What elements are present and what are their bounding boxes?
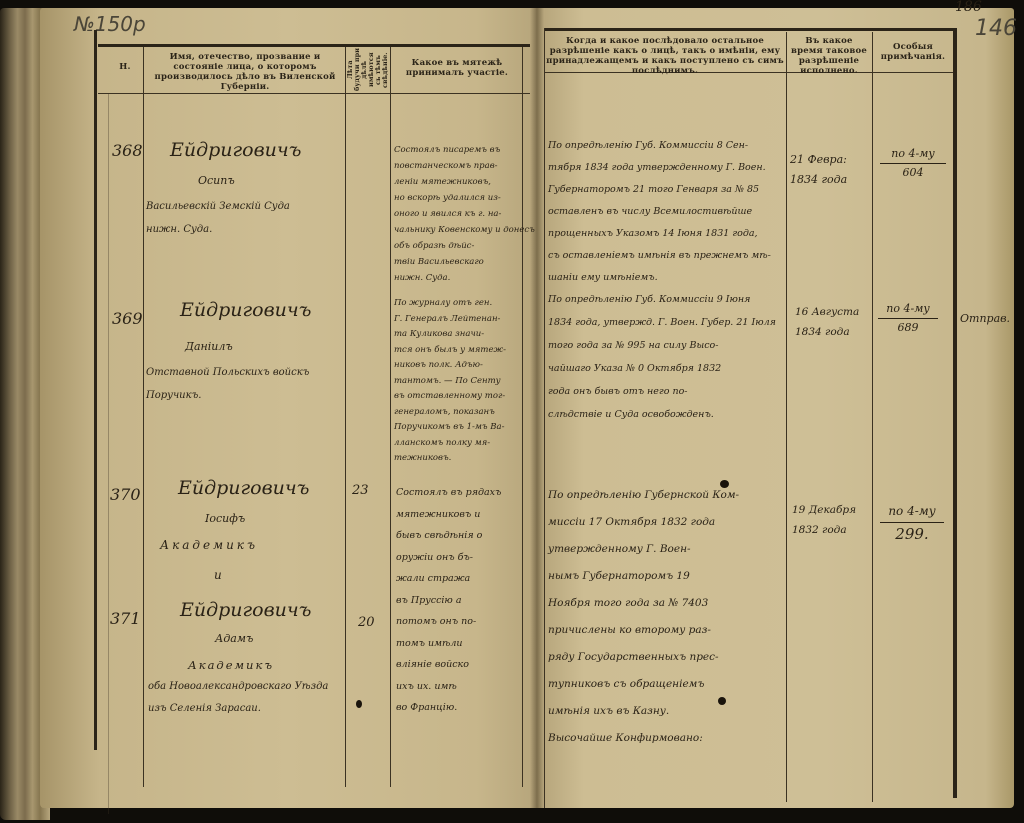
left-page-number-pencil: №150р: [74, 12, 146, 36]
status-line: Академикъ: [160, 530, 258, 560]
resolution-line: года онъ бывъ отъ него по-: [548, 380, 776, 403]
executed-line: 1834 года: [795, 322, 859, 342]
participation-line: повстанческомъ прав-: [394, 158, 535, 174]
participation-line: тся онъ былъ у мятеж-: [394, 343, 506, 359]
executed-line: 19 Декабря: [792, 500, 856, 520]
resolution-line: миссіи 17 Октября 1832 года: [548, 509, 739, 536]
entry-case-ref: по 4-му 689: [878, 300, 938, 337]
left-header-top-rule: [98, 44, 530, 47]
resolution-line: Высочайше Конфирмовано:: [548, 725, 739, 752]
entry-executed: 16 Августа 1834 года: [795, 302, 859, 342]
resolution-line: тября 1834 года утвержденному Г. Воен.: [548, 157, 771, 179]
status-line: и: [160, 560, 258, 590]
entry-resolution: По опредѣленію Губ. Коммиссіи 9 Іюня 183…: [548, 288, 776, 426]
resolution-line: шаніи ему имѣніемъ.: [548, 267, 771, 289]
resolution-line: слѣдствіе и Суда освобожденъ.: [548, 403, 776, 426]
executed-line: 1832 года: [792, 520, 856, 540]
resolution-line: По опредѣленію Губернской Ком-: [548, 482, 739, 509]
col-rule-resolution: [786, 32, 787, 802]
participation-line: Состоялъ въ рядахъ: [396, 482, 501, 504]
participation-line: По журналу отъ ген.: [394, 296, 506, 312]
entry-resolution: По опредѣленію Губ. Коммиссіи 8 Сен- тяб…: [548, 135, 771, 289]
participation-line: бывъ свѣдѣнія о: [396, 525, 501, 547]
col-rule-name: [345, 47, 346, 787]
executed-line: 1834 года: [790, 170, 847, 190]
participation-line: но вскорѣ удалился из-: [394, 190, 535, 206]
ink-stain: [720, 480, 729, 488]
resolution-line: нымъ Губернаторомъ 19: [548, 563, 739, 590]
case-ref-top: по 4-му: [880, 500, 944, 522]
executed-line: 16 Августа: [795, 302, 859, 322]
entry-executed: 21 Февра: 1834 года: [790, 150, 847, 190]
entry-given-name: Адамъ: [215, 628, 253, 651]
participation-line: нижн. Суда.: [394, 270, 535, 286]
entry-status: Академикъ оба Новоалександровскаго Уѣзда…: [148, 654, 328, 720]
participation-line: Состоялъ писаремъ въ: [394, 142, 535, 158]
resolution-line: ряду Государственныхъ прес-: [548, 644, 739, 671]
participation-line: оного и явился къ г. на-: [394, 206, 535, 222]
entry-surname: Ейдриговичъ: [180, 298, 311, 322]
entry-years: 20: [358, 612, 375, 635]
header-number: Н.: [108, 62, 142, 72]
resolution-line: оставленъ въ числу Всемилостивѣйше: [548, 201, 771, 223]
case-ref-bottom: 299.: [880, 522, 944, 545]
entry-resolution: По опредѣленію Губернской Ком- миссіи 17…: [548, 482, 739, 752]
participation-line: Поручикомъ въ 1-мъ Ва-: [394, 420, 506, 436]
case-ref-top: по 4-му: [880, 145, 946, 163]
entry-status: Васильевскій Земскій Суда нижн. Суда.: [146, 196, 290, 241]
resolution-line: имѣнія ихъ въ Казну.: [548, 698, 739, 725]
book-gutter: [530, 8, 544, 808]
status-line: оба Новоалександровскаго Уѣзда: [148, 676, 328, 698]
entry-participation: Состоялъ писаремъ въ повстанческомъ прав…: [394, 142, 535, 286]
participation-line: въ отставленному тог-: [394, 389, 506, 405]
entry-given-name: Даніилъ: [185, 336, 233, 359]
ink-stain: [718, 697, 726, 705]
entry-given-name: Осипъ: [198, 170, 235, 193]
header-years: Лѣта будучи при дѣлѣ имѣются сь тѣмъ свѣ…: [347, 48, 389, 92]
right-header-top-rule: [544, 28, 954, 31]
status-line: Поручикъ.: [146, 385, 309, 408]
header-notes: Особыя примѣчанія.: [874, 42, 952, 62]
resolution-line: тупниковъ съ обращеніемъ: [548, 671, 739, 698]
participation-line: мятежниковъ и: [396, 504, 501, 526]
status-line: Васильевскій Земскій Суда: [146, 196, 290, 219]
status-line: нижн. Суда.: [146, 219, 290, 242]
entry-participation: Состоялъ въ рядахъ мятежниковъ и бывъ св…: [396, 482, 501, 719]
resolution-line: Губернаторомъ 21 того Генваря за № 85: [548, 179, 771, 201]
participation-line: тежниковъ.: [394, 451, 506, 467]
left-header-bottom-rule: [98, 93, 530, 94]
participation-line: Г. Генералъ Лейтенан-: [394, 312, 506, 328]
participation-line: чальнику Ковенскому и донесъ: [394, 222, 535, 238]
col-rule-years: [390, 47, 391, 787]
entry-status: Отставной Польскихъ войскъ Поручикъ.: [146, 362, 309, 407]
header-name: Имя, отечество, прозвание и состояніе ли…: [146, 52, 344, 92]
right-outer-rule: [953, 28, 957, 798]
resolution-line: 1834 года, утвержд. Г. Воен. Губер. 21 І…: [548, 311, 776, 334]
resolution-line: причислены ко второму раз-: [548, 617, 739, 644]
entry-surname: Ейдриговичъ: [170, 138, 301, 162]
entry-executed: 19 Декабря 1832 года: [792, 500, 856, 540]
resolution-line: прощенныхъ Указомъ 14 Іюня 1831 года,: [548, 223, 771, 245]
right-inner-rule: [544, 28, 545, 808]
resolution-line: чайшаго Указа № 0 Октября 1832: [548, 357, 776, 380]
executed-line: 21 Февра:: [790, 150, 847, 170]
status-line: Отставной Польскихъ войскъ: [146, 362, 309, 385]
participation-line: оружіи онъ бъ-: [396, 547, 501, 569]
case-ref-top: по 4-му: [878, 300, 938, 318]
participation-line: во Францію.: [396, 697, 501, 719]
participation-line: никовъ полк. Адъю-: [394, 358, 506, 374]
participation-line: потомъ онъ по-: [396, 611, 501, 633]
resolution-line: Ноября того года за № 7403: [548, 590, 739, 617]
right-page-number-pencil: 146: [975, 16, 1017, 41]
resolution-line: того года за № 995 на силу Высо-: [548, 334, 776, 357]
entry-given-name: Іосифъ: [205, 508, 245, 531]
resolution-line: утвержденному Г. Воен-: [548, 536, 739, 563]
entry-note: Отправ.: [960, 308, 1010, 331]
status-line: изъ Селенія Зарасаи.: [148, 698, 328, 720]
participation-line: та Куликова значи-: [394, 327, 506, 343]
entry-case-ref: по 4-му 299.: [880, 500, 944, 545]
participation-line: ихъ их. имѣ: [396, 676, 501, 698]
entry-participation: По журналу отъ ген. Г. Генералъ Лейтенан…: [394, 296, 506, 467]
header-executed: Въ какое время таковое разрѣшеніе исполн…: [788, 36, 870, 76]
left-outer-rule: [94, 30, 97, 750]
participation-line: въ Пруссію а: [396, 590, 501, 612]
resolution-line: По опредѣленію Губ. Коммиссіи 8 Сен-: [548, 135, 771, 157]
participation-line: жали стража: [396, 568, 501, 590]
entry-surname: Ейдриговичъ: [178, 476, 309, 500]
entry-case-ref: по 4-му 604: [880, 145, 946, 182]
case-ref-bottom: 604: [880, 163, 946, 182]
participation-line: вліяніе войско: [396, 654, 501, 676]
header-resolution: Когда и какое послѣдовало остальное разр…: [546, 36, 784, 76]
entry-number: 368: [112, 140, 143, 163]
entry-number: 371: [110, 608, 141, 631]
header-participation: Какое въ мятежѣ принималъ участіе.: [393, 58, 521, 78]
entry-status: Академикъ и: [160, 530, 258, 590]
participation-line: леніи мятежниковъ,: [394, 174, 535, 190]
col-rule-number: [143, 47, 144, 787]
entry-number: 369: [112, 308, 143, 331]
left-inner-rule: [108, 94, 109, 814]
resolution-line: съ оставленіемъ имѣнія въ прежнемъ мѣ-: [548, 245, 771, 267]
participation-line: генераломъ, показанъ: [394, 405, 506, 421]
resolution-line: По опредѣленію Губ. Коммиссіи 9 Іюня: [548, 288, 776, 311]
ink-stain: [356, 700, 362, 708]
case-ref-bottom: 689: [878, 318, 938, 337]
entry-number: 370: [110, 484, 141, 507]
status-line: Академикъ: [148, 654, 328, 676]
participation-line: тантомъ. — По Сенту: [394, 374, 506, 390]
participation-line: твіи Васильевскаго: [394, 254, 535, 270]
participation-line: томъ имѣли: [396, 633, 501, 655]
entry-surname: Ейдриговичъ: [180, 598, 311, 622]
participation-line: объ образѣ дѣйс-: [394, 238, 535, 254]
participation-line: лланскомъ полку мя-: [394, 436, 506, 452]
col-rule-executed: [872, 32, 873, 802]
entry-years: 23: [352, 480, 369, 503]
